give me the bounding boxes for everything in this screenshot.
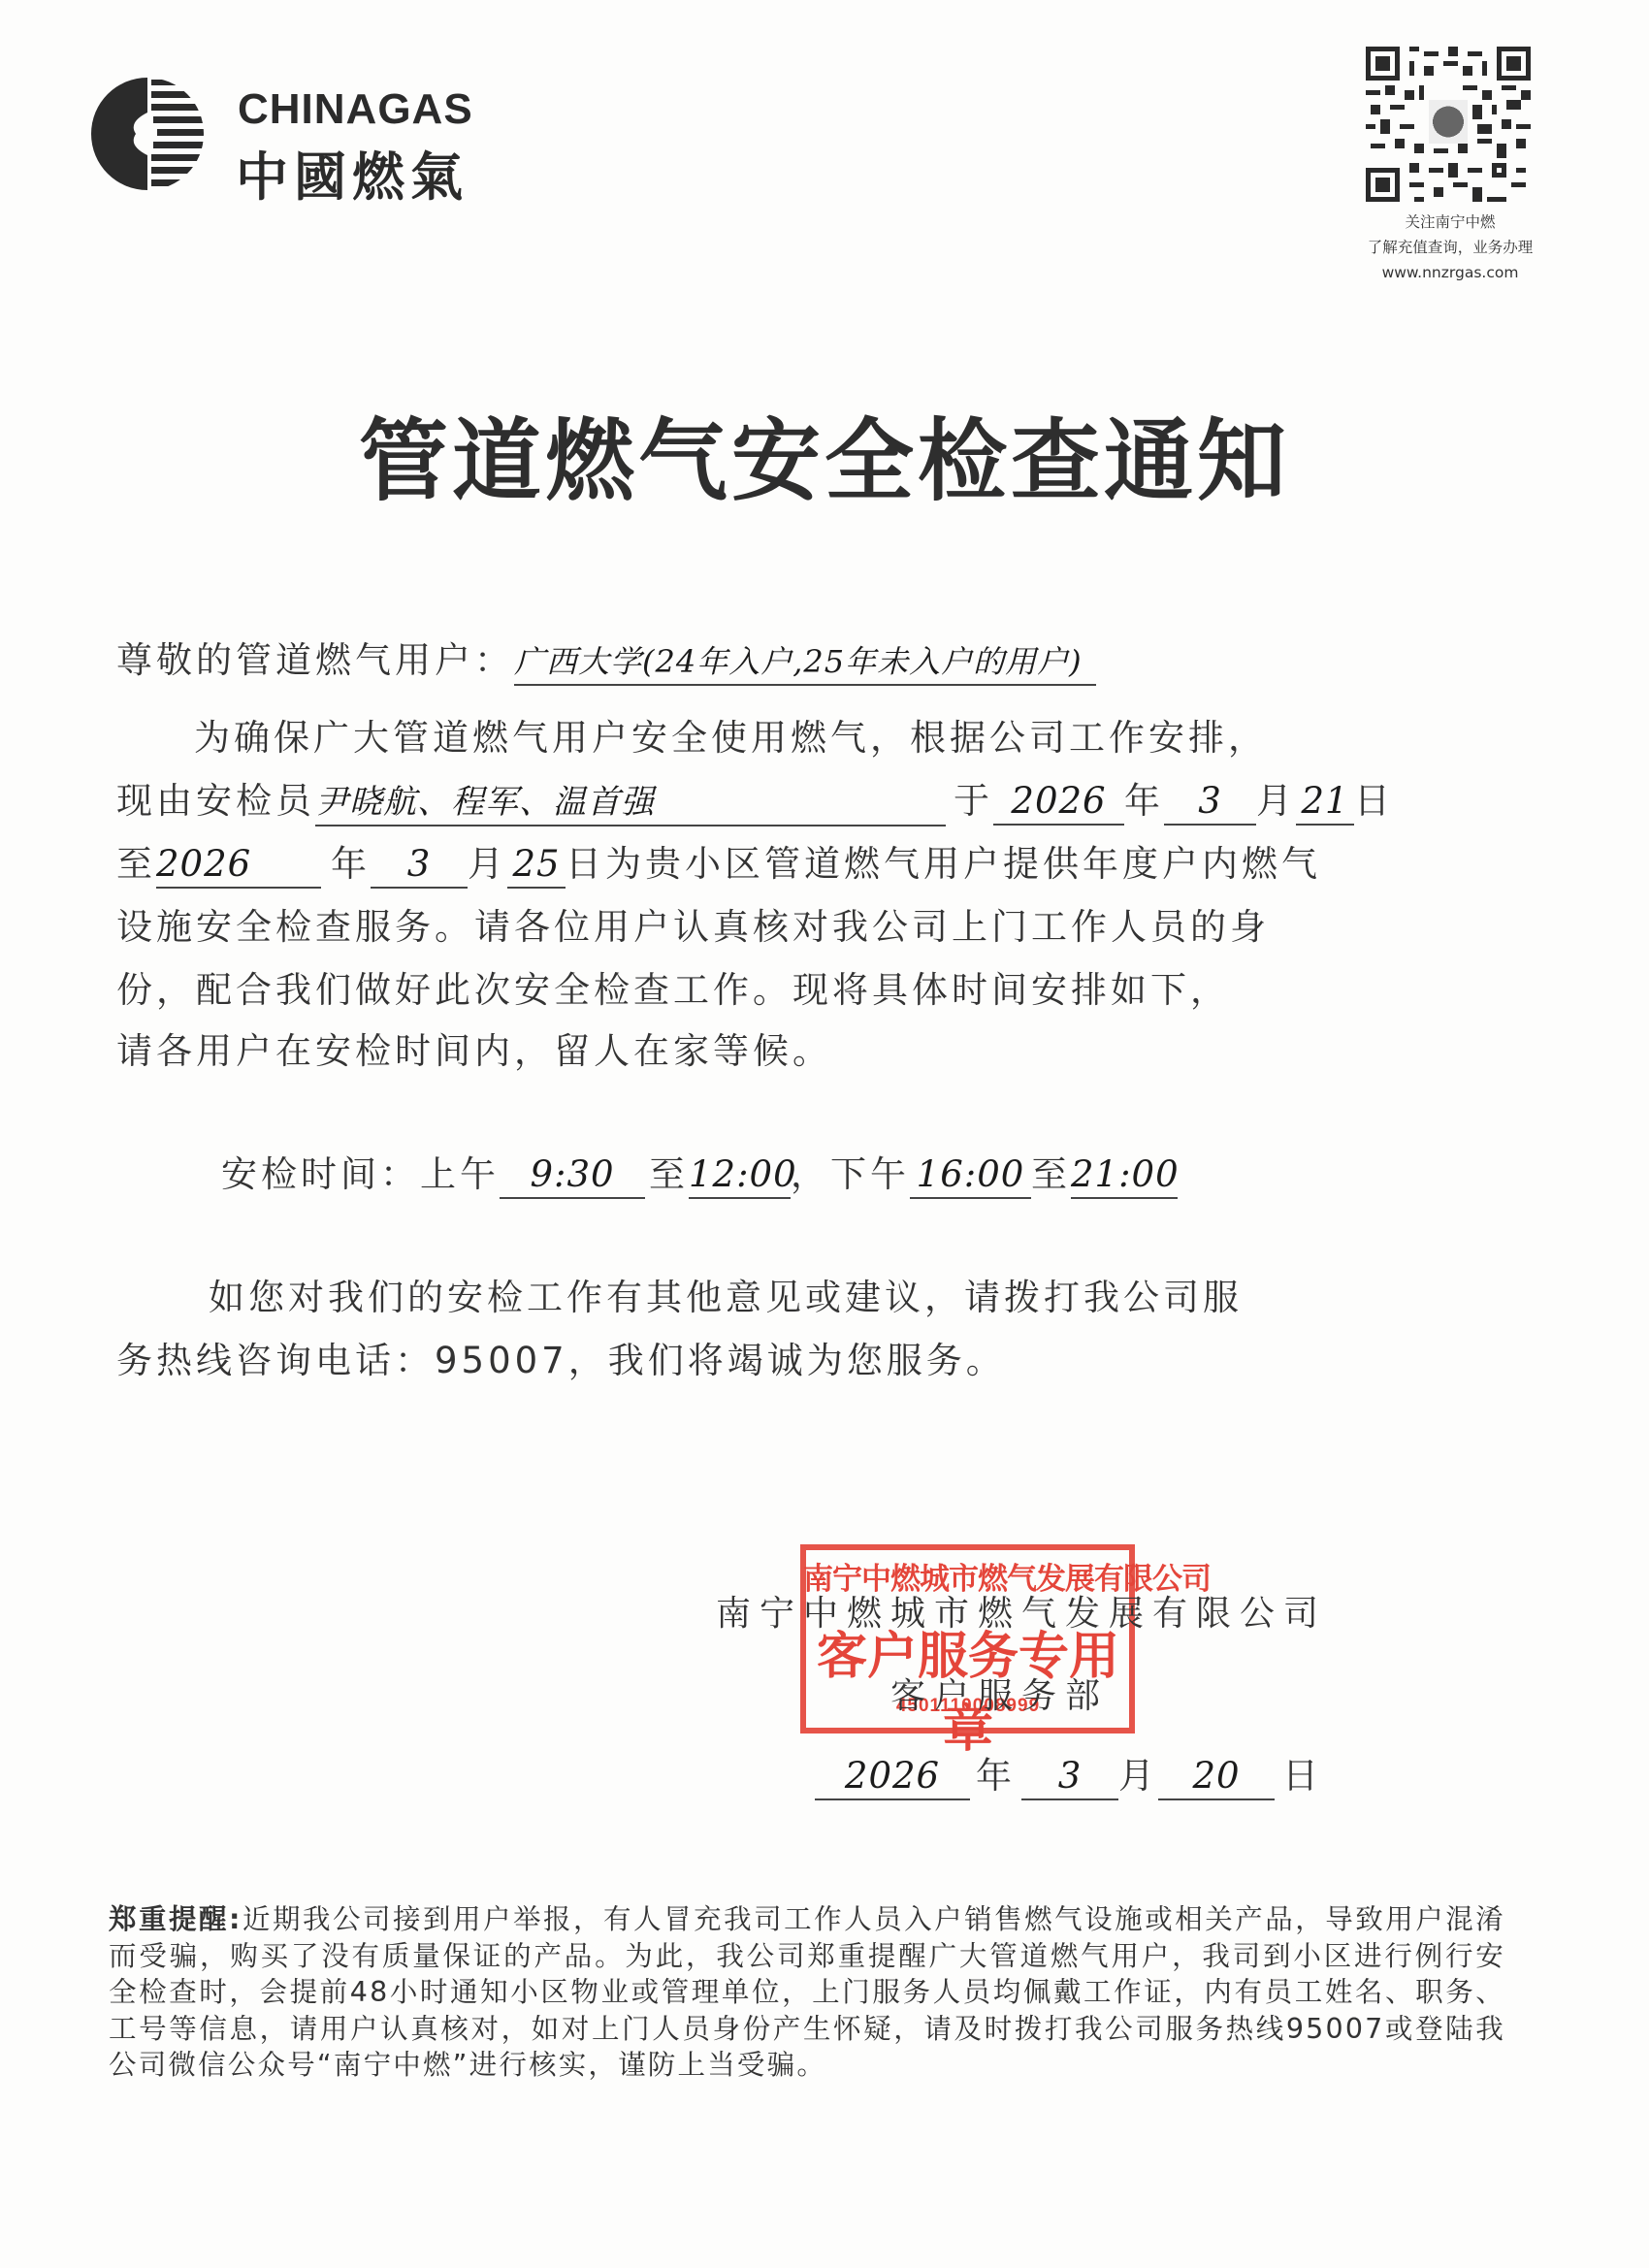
date-range-line: 至2026年3月25日为贵小区管道燃气用户提供年度户内燃气 (116, 834, 1321, 889)
day-label: 日 (1282, 1755, 1322, 1797)
month-label: 月 (1118, 1755, 1158, 1797)
start-day-field[interactable]: 21 (1296, 780, 1354, 826)
qr-caption-line-1: 关注南宁中燃 (1329, 211, 1571, 233)
reminder-label: 郑重提醒: (109, 1903, 242, 1935)
am-start-field[interactable]: 9:30 (500, 1153, 645, 1199)
sign-year-field[interactable]: 2026 (815, 1755, 970, 1800)
contact-line-1: 如您对我们的安检工作有其他意见或建议，请拨打我公司服 (209, 1268, 1243, 1320)
start-year-field[interactable]: 2026 (993, 780, 1124, 826)
recipient-field[interactable]: 广西大学(24年入户,25年未入户的用户) (514, 637, 1096, 686)
sign-month-field[interactable]: 3 (1021, 1755, 1118, 1800)
page-title: 管道燃气安全检查通知 (0, 390, 1649, 518)
website-link[interactable]: www.nnzrgas.com (1329, 262, 1571, 283)
inspector-prefix: 现由安检员 (116, 780, 315, 822)
paragraph-line-1: 为确保广大管道燃气用户安全使用燃气，根据公司工作安排， (194, 708, 1268, 761)
year-label: 年 (1124, 780, 1164, 822)
end-month-field[interactable]: 3 (371, 843, 468, 889)
pm-end-field[interactable]: 21:00 (1071, 1153, 1178, 1199)
logo-text-zh: 中國燃氣 (236, 136, 469, 211)
signature-company: 南宁中燃城市燃气发展有限公司 (716, 1586, 1327, 1636)
end-year-field[interactable]: 2026 (156, 843, 321, 889)
reminder-text: 近期我公司接到用户举报，有人冒充我司工作人员入户销售燃气设施或相关产品，导致用户… (109, 1903, 1505, 2081)
pm-label: 下午 (830, 1153, 910, 1195)
qr-caption-line-2: 了解充值查询，业务办理 (1329, 237, 1571, 258)
signature-department: 客户服务部 (890, 1669, 1109, 1718)
inspectors-field[interactable]: 尹晓航、程军、温首强 (315, 775, 946, 826)
pm-start-field[interactable]: 16:00 (910, 1153, 1031, 1199)
year-label: 年 (976, 1755, 1016, 1797)
year-label: 年 (331, 843, 371, 885)
month-label: 月 (468, 843, 507, 885)
to-label: 至 (1031, 1153, 1071, 1195)
salutation-label: 尊敬的管道燃气用户： (116, 639, 514, 681)
am-label: 上午 (420, 1153, 500, 1195)
paragraph-line-6: 请各用户在安检时间内，留人在家等候。 (116, 1021, 832, 1074)
from-prefix: 于 (954, 780, 993, 822)
signature-date: 2026年3月20日 (815, 1746, 1322, 1800)
contact-line-2: 务热线咨询电话：95007，我们将竭诚为您服务。 (116, 1331, 1006, 1383)
sign-day-field[interactable]: 20 (1158, 1755, 1275, 1800)
to-prefix: 至 (116, 843, 156, 885)
schedule-label: 安检时间： (221, 1153, 420, 1195)
line3-suffix: 日为贵小区管道燃气用户提供年度户内燃气 (566, 843, 1321, 885)
reminder-notice: 郑重提醒:近期我公司接到用户举报，有人冒充我司工作人员入户销售燃气设施或相关产品… (109, 1901, 1505, 2084)
inspector-line: 现由安检员尹晓航、程军、温首强于2026年3月21日 (116, 771, 1394, 826)
separator: ， (791, 1153, 830, 1195)
logo-text-en: CHINAGAS (238, 85, 473, 134)
paragraph-line-4: 设施安全检查服务。请各位用户认真核对我公司上门工作人员的身 (116, 897, 1270, 950)
end-day-field[interactable]: 25 (507, 843, 566, 889)
inspection-schedule: 安检时间：上午9:30至12:00，下午16:00至21:00 (221, 1145, 1178, 1199)
start-month-field[interactable]: 3 (1164, 780, 1256, 826)
day-label: 日 (1354, 780, 1394, 822)
qr-code-icon[interactable] (1366, 47, 1531, 202)
chinagas-logo-icon (89, 76, 206, 192)
paragraph-line-5: 份，配合我们做好此次安全检查工作。现将具体时间安排如下， (116, 960, 1230, 1013)
to-label: 至 (649, 1153, 689, 1195)
month-label: 月 (1256, 780, 1296, 822)
salutation: 尊敬的管道燃气用户：广西大学(24年入户,25年未入户的用户) (116, 631, 1096, 686)
am-end-field[interactable]: 12:00 (689, 1153, 791, 1199)
